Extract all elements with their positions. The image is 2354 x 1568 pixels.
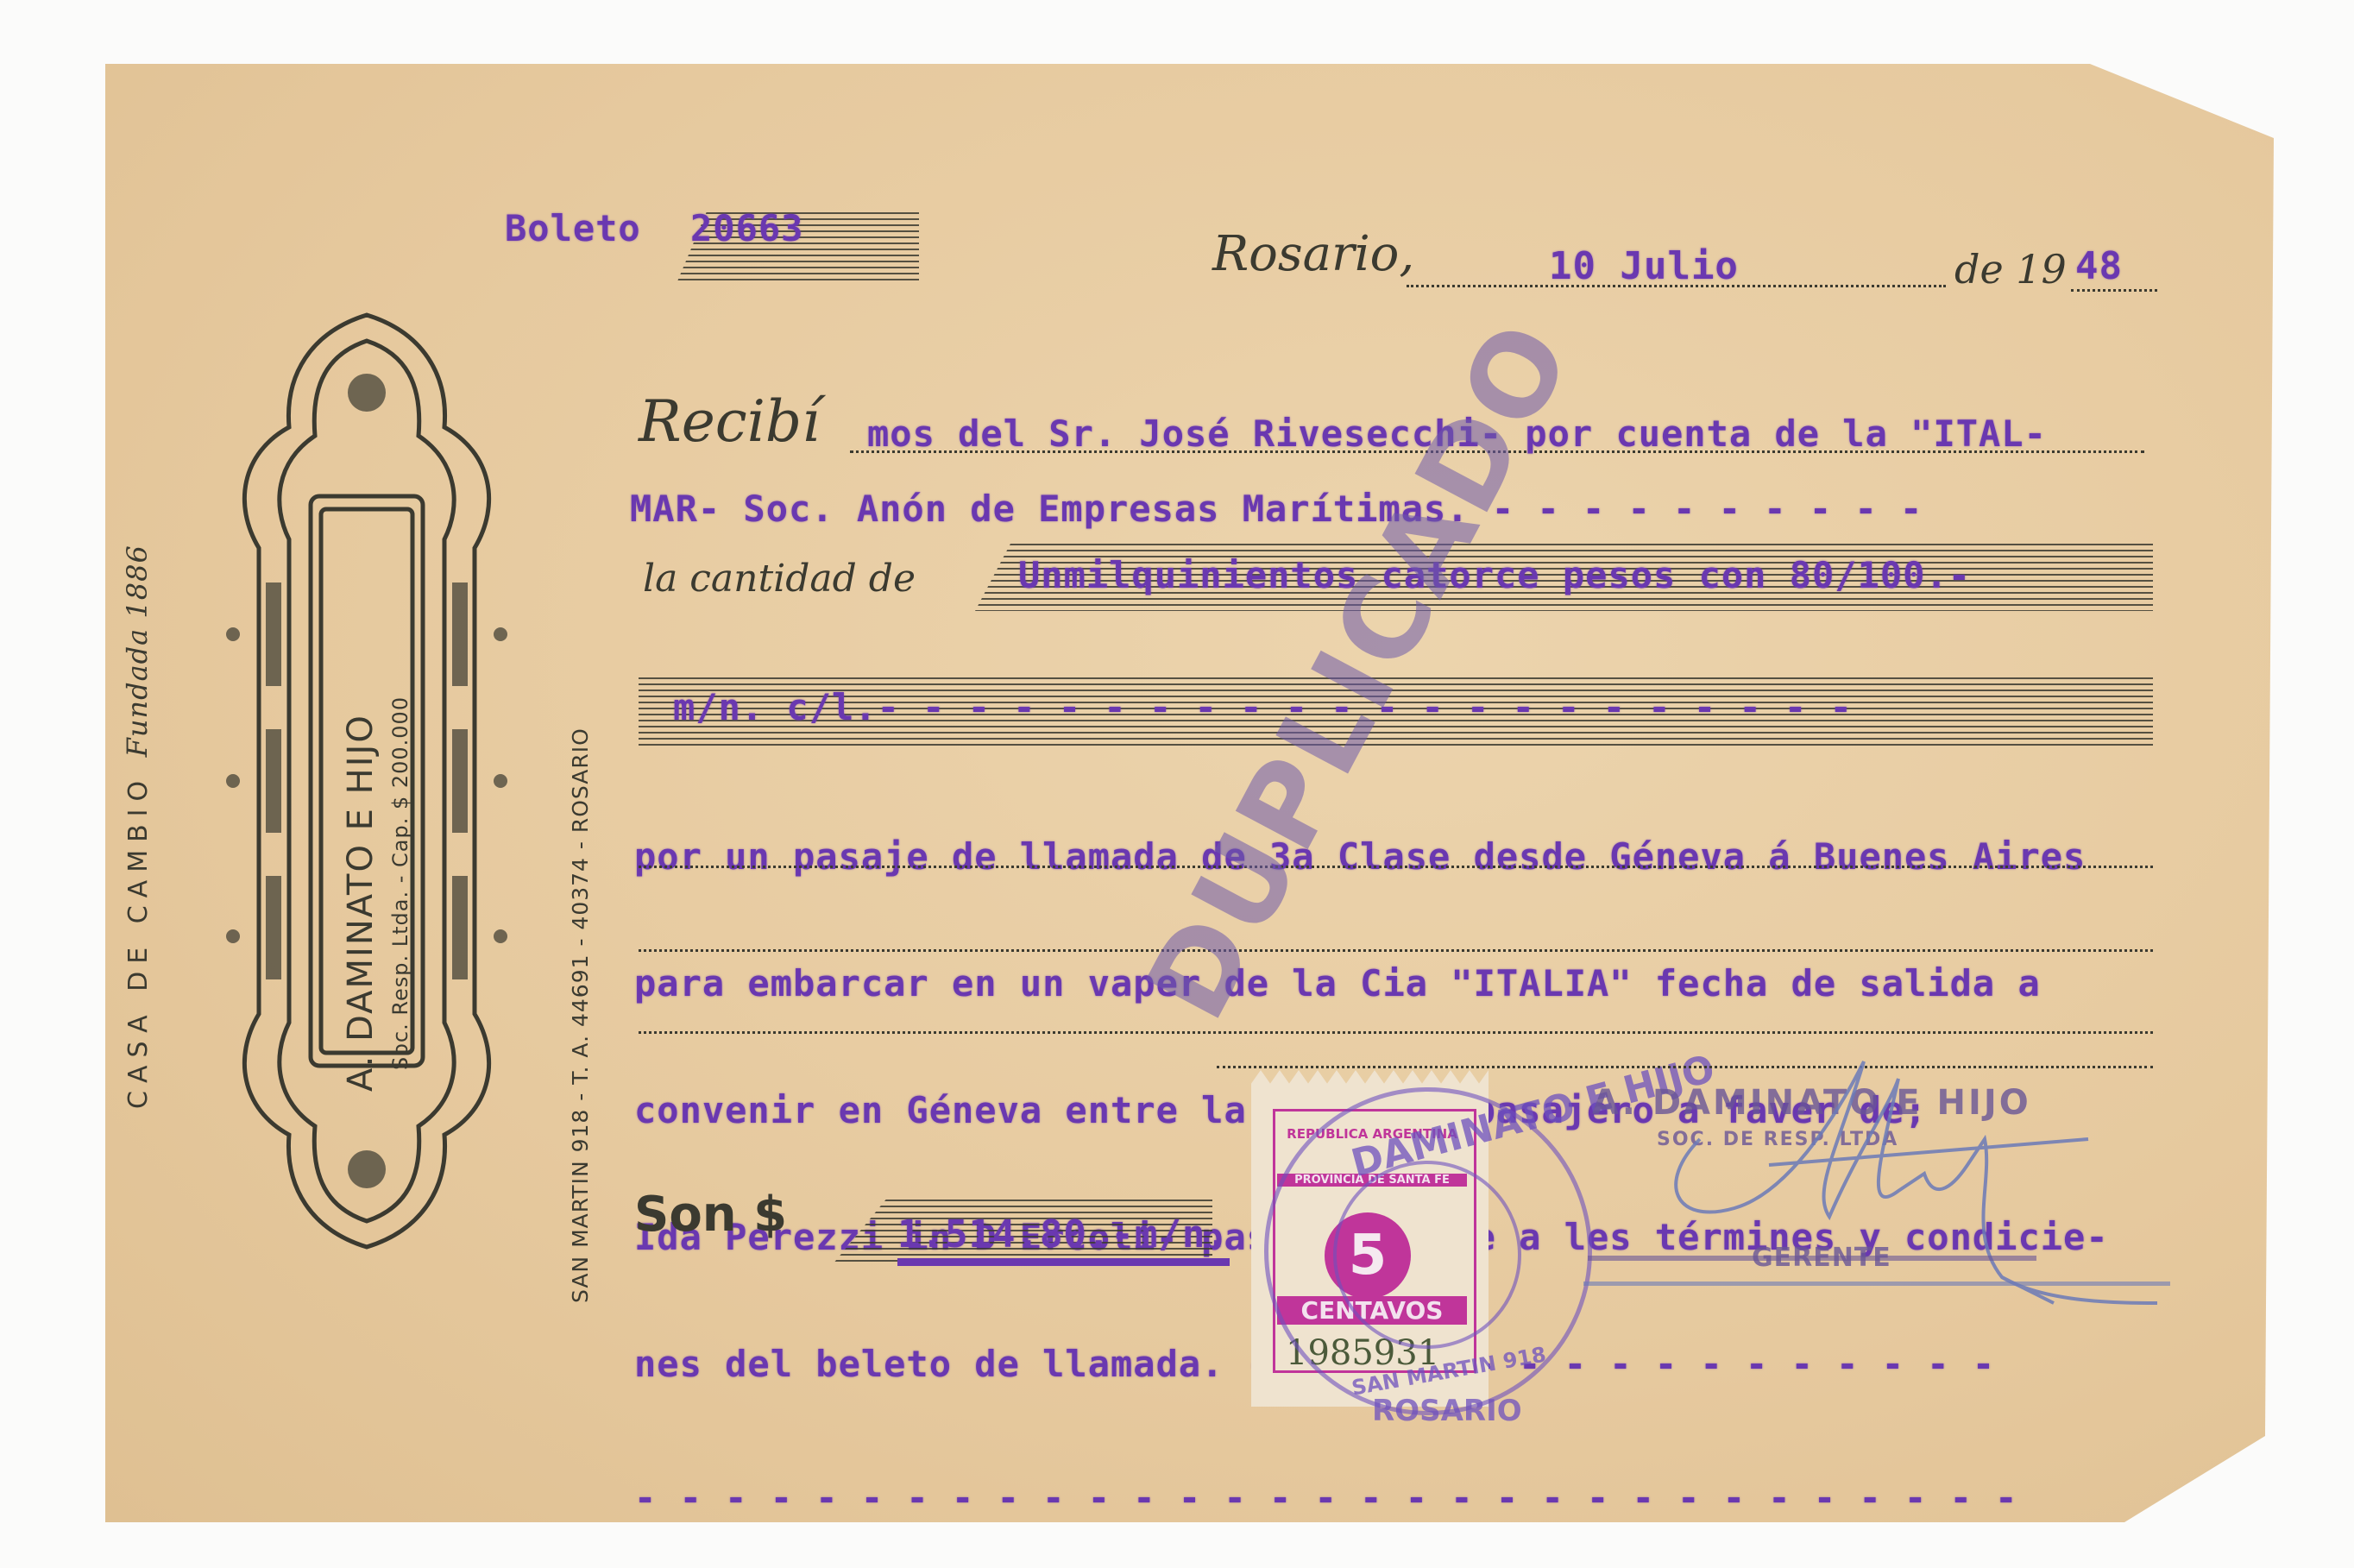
desc-line: por un pasaje de llamada de 3a Clase des…	[634, 835, 2109, 878]
gerente-underline	[1588, 1256, 2036, 1261]
company-sub-vertical: Soc. Resp. Ltda. - Cap. $ 200.000	[388, 696, 412, 1070]
desc-dotted-line-1	[639, 866, 2153, 868]
total-amount[interactable]: 1.514.80.-m/n.	[897, 1212, 1230, 1266]
date-day-month[interactable]: 10 Julio	[1549, 244, 1739, 288]
recibi-label: Recibí	[639, 388, 820, 455]
desc-dotted-line-2	[639, 949, 2153, 952]
handwritten-signature-icon	[1640, 1044, 2175, 1320]
son-label: Son $	[634, 1187, 787, 1243]
desc-dotted-line-3	[639, 1031, 2153, 1034]
year-dotted-line	[2071, 289, 2157, 292]
fundada-label: Fundada 1886	[121, 545, 154, 757]
casa-label: CASA DE CAMBIO	[123, 773, 154, 1109]
desc-line: para embarcar en un vaper de la Cia "ITA…	[634, 962, 2109, 1004]
signature-flourish-line	[1583, 1281, 2170, 1286]
boleto-label: Boleto	[505, 207, 641, 249]
boleto-number[interactable]: 20663	[690, 207, 803, 249]
year-suffix[interactable]: 48	[2075, 244, 2123, 288]
casa-de-cambio-text: CASA DE CAMBIO Fundada 1886	[121, 545, 154, 1109]
cantidad-label: la cantidad de	[643, 557, 916, 601]
seal-inner-ring	[1333, 1161, 1521, 1349]
company-name-vertical: A. DAMINATO E HIJO	[341, 714, 381, 1092]
address-vertical: SAN MARTIN 918 - T. A. 44691 - 40374 - R…	[568, 727, 593, 1303]
seal-city-text: ROSARIO	[1372, 1394, 1522, 1428]
amount-words[interactable]: Unmilquinientos catorce pesos con 80/100…	[1018, 554, 1971, 596]
body-line-2[interactable]: MAR- Soc. Anón de Empresas Marítimas. - …	[630, 488, 1923, 530]
city-label: Rosario,	[1212, 226, 1414, 282]
year-prefix: de 19	[1954, 246, 2067, 293]
desc-line: - - - - - - - - - - - - - - - - - - - - …	[634, 1477, 2109, 1519]
